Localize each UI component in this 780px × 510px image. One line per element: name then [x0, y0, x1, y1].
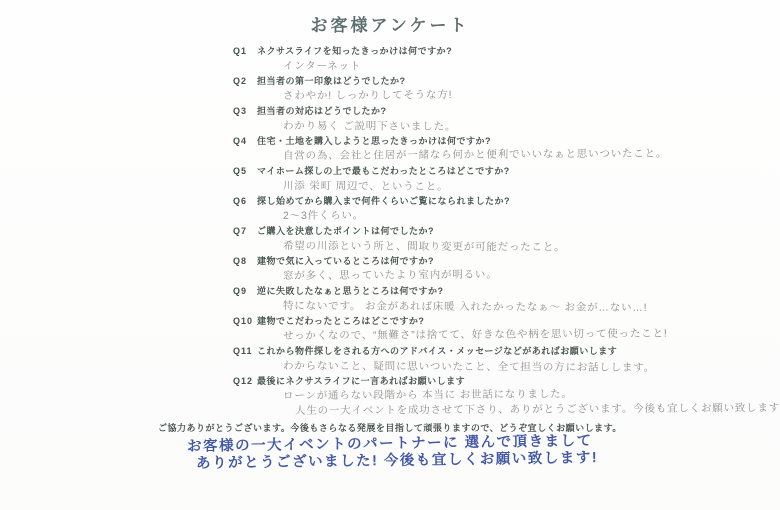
handwritten-answer: インターネット: [283, 60, 690, 75]
handwritten-answer: わかり易く ご説明下さいました。: [283, 120, 690, 135]
question-number: Q5: [233, 165, 257, 177]
question-line: Q2 担当者の第一印象はどうでしたか?: [233, 75, 690, 87]
handwritten-answer: せっかくなので、“無難さ”は捨てて、好きな色や柄を思い切って使ったこと!: [283, 328, 690, 343]
question-block-q6: Q6 探し始めてから購入まで何件くらいご覧になられましたか? 2〜3件くらい。: [233, 195, 690, 223]
question-text: これから物件探しをされる方へのアドバイス・メッセージなどがあればお願いします: [257, 345, 617, 357]
question-number: Q9: [233, 285, 257, 297]
question-text: マイホーム探しの上で最もこだわったところはどこですか?: [257, 165, 510, 177]
handwritten-answer: わからないこと、疑問に思いついたこと、全て担当の方にお話しします。: [283, 360, 690, 375]
handwritten-answer: 2〜3件くらい。: [283, 208, 690, 223]
question-line: Q7 ご購入を決意したポイントは何でしたか?: [233, 225, 690, 237]
question-text: 探し始めてから購入まで何件くらいご覧になられましたか?: [257, 195, 510, 207]
question-number: Q12: [233, 375, 257, 387]
question-number: Q11: [233, 345, 257, 357]
question-text: ご購入を決意したポイントは何でしたか?: [257, 225, 434, 237]
question-line: Q1 ネクサスライフを知ったきっかけは何ですか?: [233, 45, 690, 57]
question-line: Q6 探し始めてから購入まで何件くらいご覧になられましたか?: [233, 195, 690, 207]
question-number: Q4: [233, 135, 257, 147]
survey-sheet: お客様アンケート Q1 ネクサスライフを知ったきっかけは何ですか? インターネッ…: [0, 0, 780, 510]
question-text: 建物でこだわったところはどこですか?: [257, 315, 424, 327]
question-line: Q8 建物で気に入っているところは何ですか?: [233, 255, 690, 267]
handwritten-answer: 窓が多く、思っていたより室内が明るい。: [283, 268, 690, 283]
question-text: 逆に失敗したなぁと思うところは何ですか?: [257, 285, 444, 297]
question-line: Q3 担当者の対応はどうでしたか?: [233, 105, 690, 117]
question-block-q4: Q4 住宅・土地を購入しようと思ったきっかけは何ですか? 自営の為、会社と住居が…: [233, 135, 690, 163]
question-number: Q8: [233, 255, 257, 267]
page-title: お客様アンケート: [0, 11, 780, 36]
question-block-q3: Q3 担当者の対応はどうでしたか? わかり易く ご説明下さいました。: [233, 105, 690, 133]
question-line: Q12 最後にネクサスライフに一言あればお願いします: [233, 375, 690, 387]
handwritten-answer: ローンが通らない段階から 本当に お世話になりました。: [283, 388, 690, 403]
question-block-q2: Q2 担当者の第一印象はどうでしたか? さわやか! しっかりしてそうな方!: [233, 75, 690, 103]
question-block-q1: Q1 ネクサスライフを知ったきっかけは何ですか? インターネット: [233, 45, 690, 73]
question-block-q8: Q8 建物で気に入っているところは何ですか? 窓が多く、思っていたより室内が明る…: [233, 255, 690, 283]
question-number: Q10: [233, 315, 257, 327]
question-line: Q9 逆に失敗したなぁと思うところは何ですか?: [233, 285, 690, 297]
handwritten-answer: 希望の川添という所と、間取り変更が可能だったこと。: [283, 240, 690, 255]
handwritten-answer: 自営の為、会社と住居が一緒なら何かと便利でいいなぁと思いついたこと。: [283, 148, 690, 163]
question-block-q5: Q5 マイホーム探しの上で最もこだわったところはどこですか? 川添 栄町 周辺で…: [233, 165, 690, 193]
question-line: Q4 住宅・土地を購入しようと思ったきっかけは何ですか?: [233, 135, 690, 147]
question-number: Q3: [233, 105, 257, 117]
handwritten-answer: 川添 栄町 周辺で、ということ。: [283, 180, 690, 195]
handwritten-answer: 人生の一大イベントを成功させて下さり、ありがとうございます。今後も宜しくお願い致…: [295, 403, 690, 418]
question-text: ネクサスライフを知ったきっかけは何ですか?: [257, 45, 452, 57]
question-line: Q11 これから物件探しをされる方へのアドバイス・メッセージなどがあればお願いし…: [233, 345, 690, 357]
question-block-q12: Q12 最後にネクサスライフに一言あればお願いします ローンが通らない段階から …: [233, 375, 690, 418]
question-line: Q5 マイホーム探しの上で最もこだわったところはどこですか?: [233, 165, 690, 177]
handwritten-answer: さわやか! しっかりしてそうな方!: [283, 88, 690, 103]
question-block-q11: Q11 これから物件探しをされる方へのアドバイス・メッセージなどがあればお願いし…: [233, 345, 690, 373]
question-number: Q7: [233, 225, 257, 237]
question-list: Q1 ネクサスライフを知ったきっかけは何ですか? インターネット Q2 担当者の…: [0, 45, 780, 418]
question-block-q10: Q10 建物でこだわったところはどこですか? せっかくなので、“無難さ”は捨てて…: [233, 315, 690, 343]
question-block-q9: Q9 逆に失敗したなぁと思うところは何ですか? 特にないです。 お金があれば床暖…: [233, 285, 690, 313]
question-number: Q1: [233, 45, 257, 57]
question-text: 担当者の対応はどうでしたか?: [257, 105, 387, 117]
question-text: 住宅・土地を購入しようと思ったきっかけは何ですか?: [257, 135, 491, 147]
question-number: Q2: [233, 75, 257, 87]
question-text: 最後にネクサスライフに一言あればお願いします: [257, 375, 465, 387]
question-text: 担当者の第一印象はどうでしたか?: [257, 75, 406, 87]
question-block-q7: Q7 ご購入を決意したポイントは何でしたか? 希望の川添という所と、間取り変更が…: [233, 225, 690, 253]
question-line: Q10 建物でこだわったところはどこですか?: [233, 315, 690, 327]
question-number: Q6: [233, 195, 257, 207]
question-text: 建物で気に入っているところは何ですか?: [257, 255, 434, 267]
staff-handwritten-note: お客様の一大イベントのパートナーに 選んで頂きまして ありがとうございました! …: [0, 431, 780, 476]
handwritten-answer: 特にないです。 お金があれば床暖 入れたかったなぁ〜 お金が…ない…!: [283, 300, 690, 315]
